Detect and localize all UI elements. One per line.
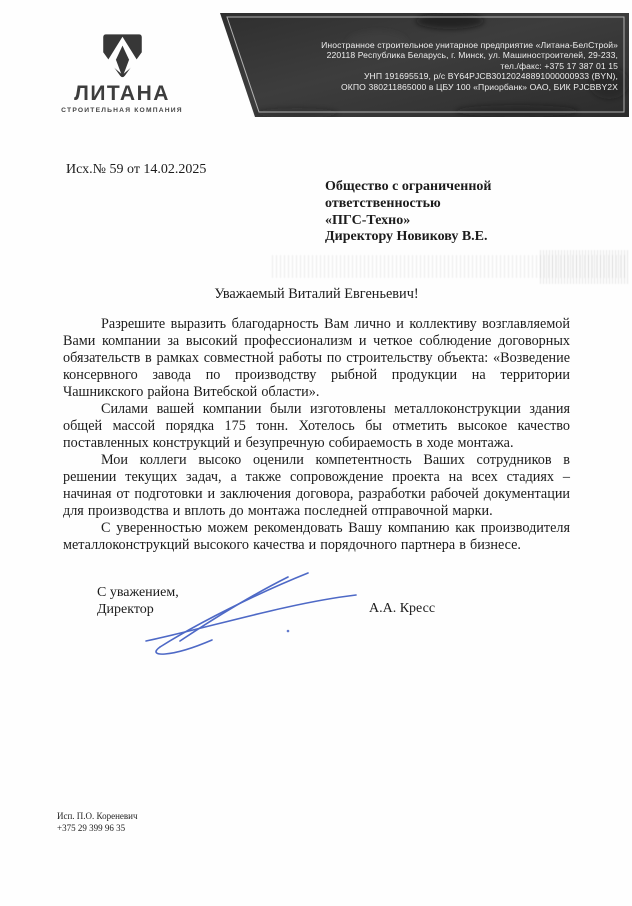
body-paragraph: С уверенностью можем рекомендовать Вашу … xyxy=(63,520,570,554)
executor-phone: +375 29 399 96 35 xyxy=(57,823,138,835)
body-paragraph: Разрешите выразить благодарность Вам лич… xyxy=(63,316,570,401)
body-paragraph: Мои коллеги высоко оценили компетентност… xyxy=(63,452,570,520)
logo-shield-icon xyxy=(99,33,146,79)
executor-block: Исп. П.О. Кореневич +375 29 399 96 35 xyxy=(57,811,138,834)
banner-text: Иностранное строительное унитарное предп… xyxy=(268,40,618,92)
letterhead-banner: Иностранное строительное унитарное предп… xyxy=(217,13,629,117)
recipient-line: Директору Новикову В.Е. xyxy=(325,229,491,246)
body-paragraph: Силами вашей компании были изготовлены м… xyxy=(63,401,570,452)
greeting: Уважаемый Виталий Евгеньевич! xyxy=(63,286,570,303)
logo-subtitle: СТРОИТЕЛЬНАЯ КОМПАНИЯ xyxy=(58,107,186,115)
recipient-line: «ПГС-Техно» xyxy=(325,213,491,230)
logo-name: ЛИТАНА xyxy=(58,83,186,105)
scan-artifact xyxy=(272,255,628,278)
banner-line: ОКПО 380211865000 в ЦБУ 100 «Приорбанк» … xyxy=(268,82,618,92)
executor-name: Исп. П.О. Кореневич xyxy=(57,811,138,823)
banner-line: УНП 191695519, р/с BY64PJCB3012024889100… xyxy=(268,71,618,81)
recipient-line: ответственностью xyxy=(325,196,491,213)
company-logo: ЛИТАНА СТРОИТЕЛЬНАЯ КОМПАНИЯ xyxy=(58,28,186,115)
banner-line: Иностранное строительное унитарное предп… xyxy=(268,40,618,50)
signer-name: А.А. Кресс xyxy=(369,601,435,617)
recipient-line: Общество с ограниченной xyxy=(325,179,491,196)
banner-line: тел./факс: +375 17 387 01 15 xyxy=(268,61,618,71)
banner-line: 220118 Республика Беларусь, г. Минск, ул… xyxy=(268,50,618,60)
letter-page: ЛИТАНА СТРОИТЕЛЬНАЯ КОМПАНИЯ xyxy=(0,0,632,906)
recipient-block: Общество с ограниченной ответственностью… xyxy=(325,179,491,246)
letter-body: Разрешите выразить благодарность Вам лич… xyxy=(63,316,570,554)
reference-number: Исх.№ 59 от 14.02.2025 xyxy=(66,162,206,178)
signature-ink xyxy=(138,565,378,660)
scan-artifact xyxy=(540,250,628,284)
